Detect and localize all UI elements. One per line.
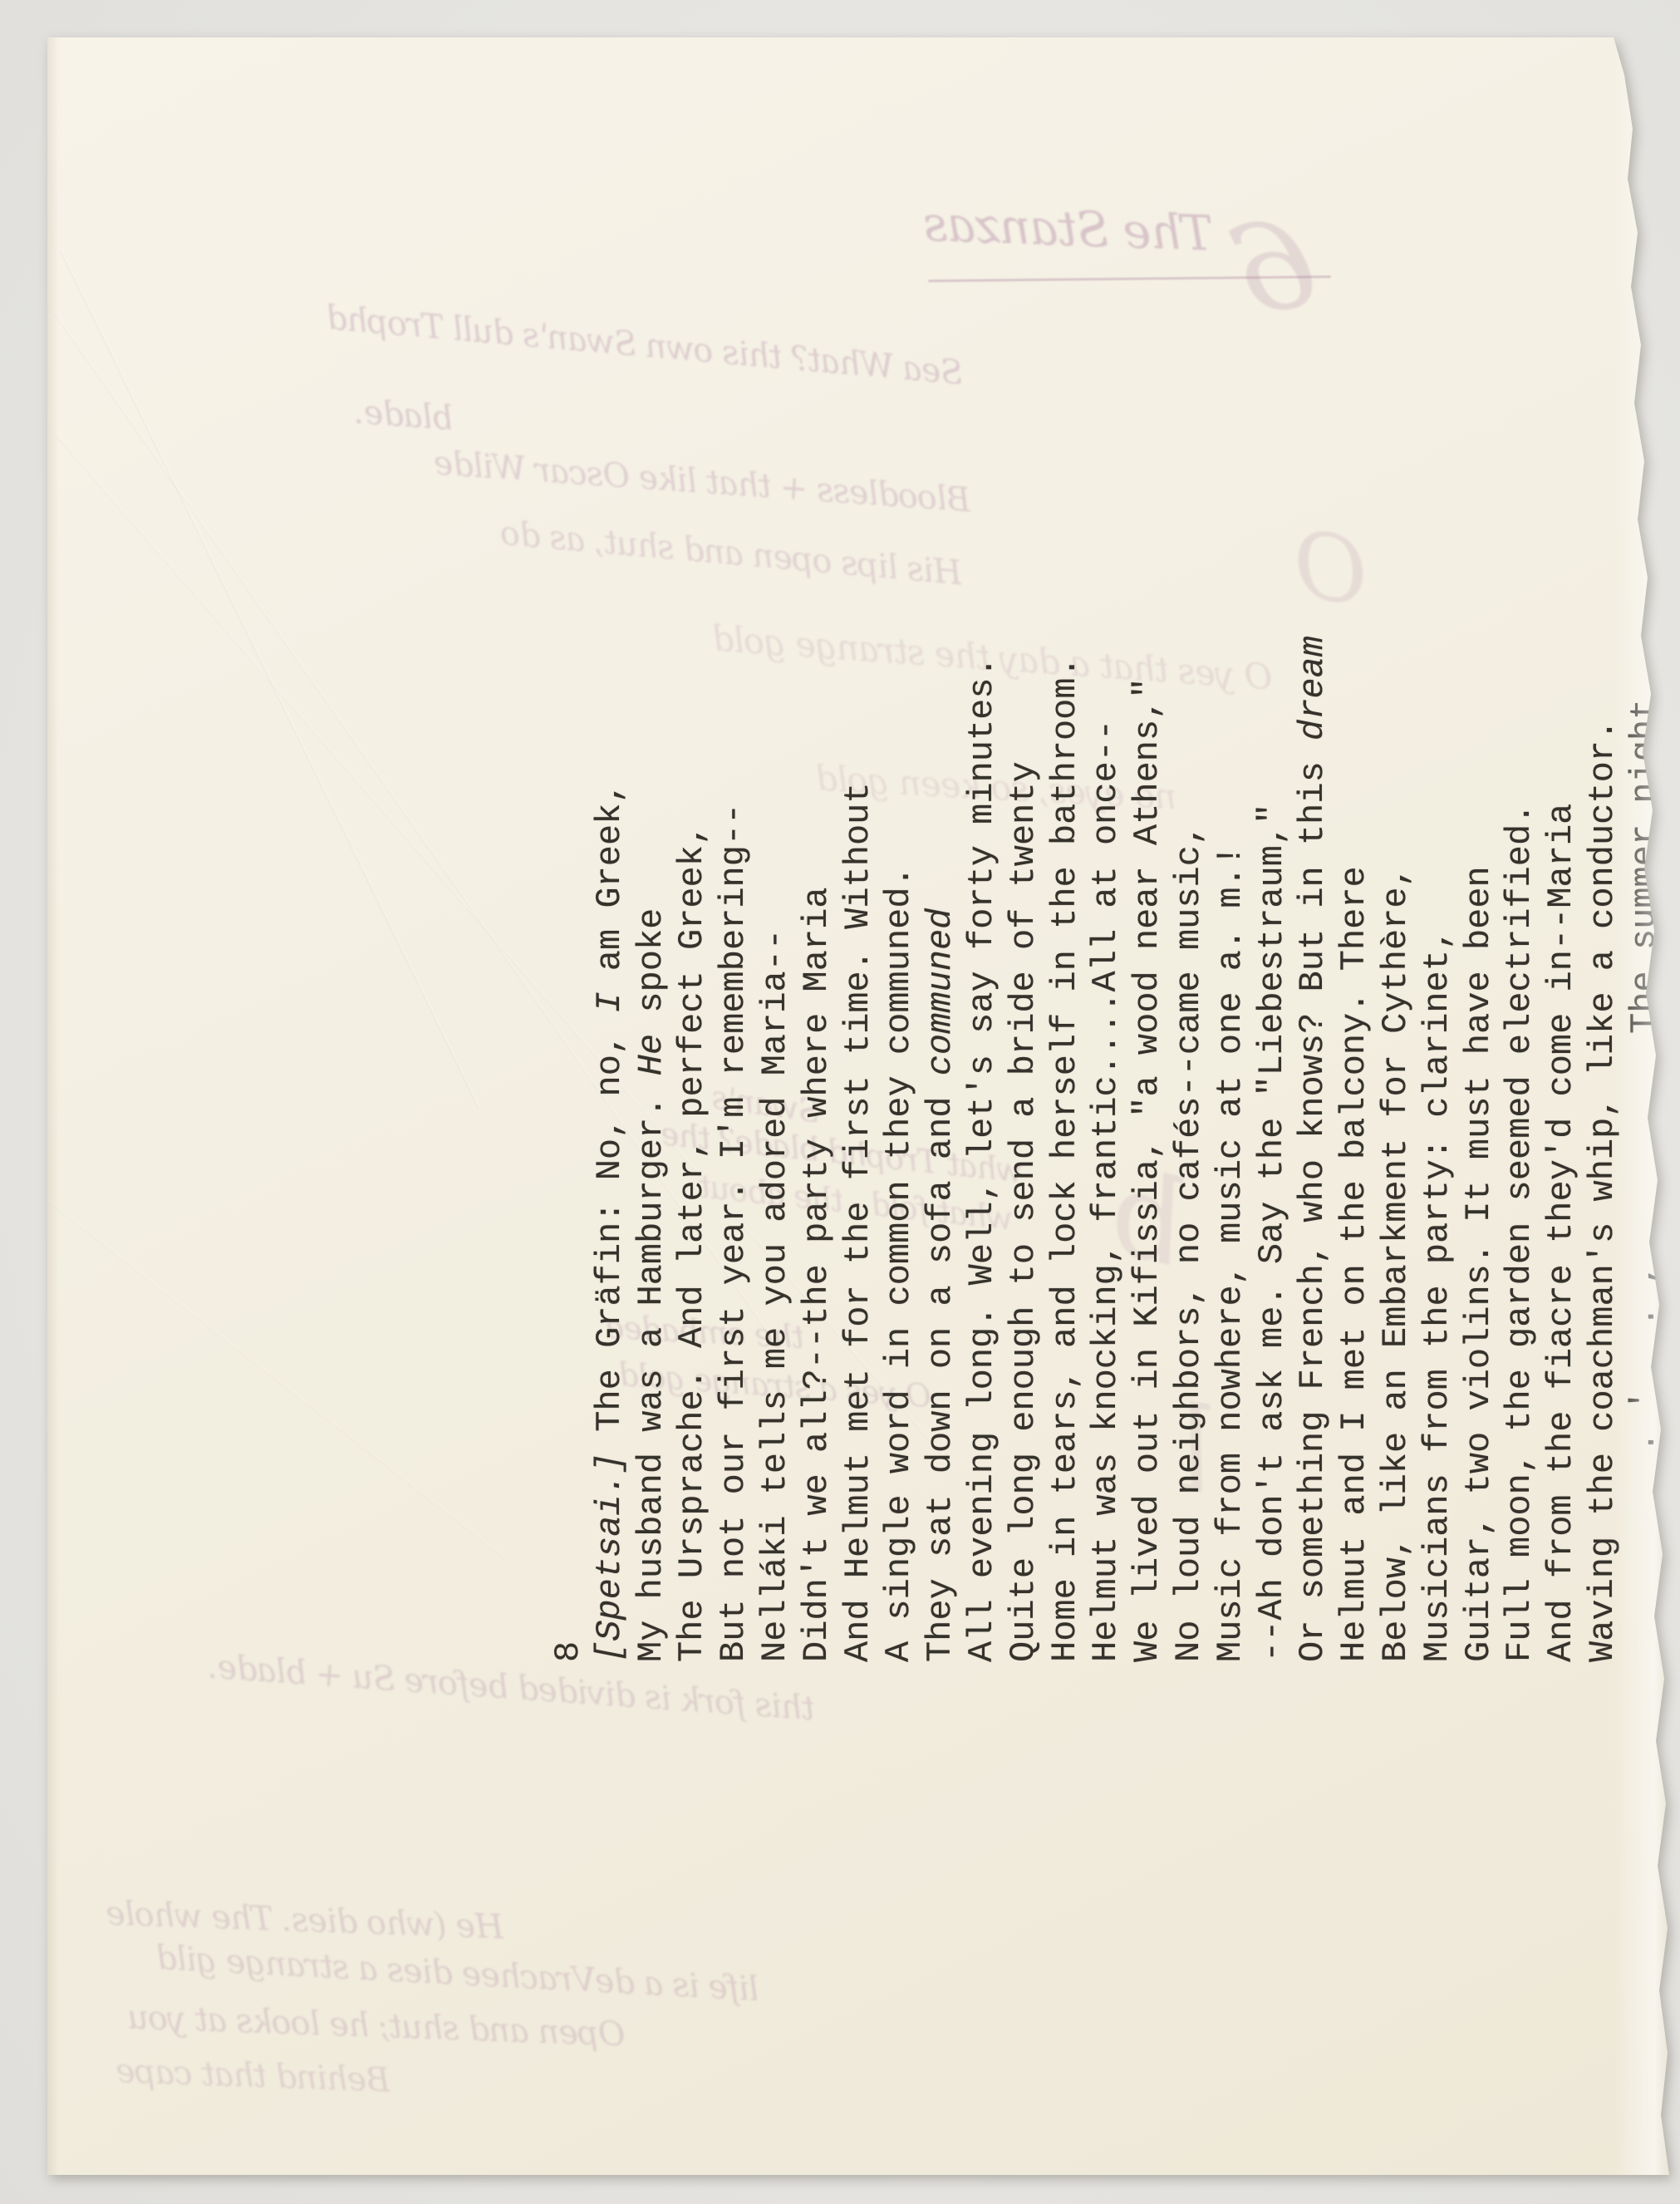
typed-segment: We lived out in Kifissia, "a wood near A… <box>1127 677 1167 1662</box>
typed-segment: Or something French, who knows? But in t… <box>1293 740 1333 1662</box>
typed-segment-italic: communed <box>921 908 960 1076</box>
typed-segment: The Ursprache. And later, perfect Greek, <box>672 824 712 1662</box>
typed-segment: They sat down on a sofa and <box>921 1075 960 1662</box>
bleedthrough-scribble: He (who dies. The whole <box>106 1895 504 1947</box>
scanned-page-stage: The Stanzas6Sea What? this own Swan's du… <box>0 0 1680 2204</box>
typed-line: Quite long enough to send a bride of twe… <box>1004 544 1045 1662</box>
typed-segment: Didn't we all?--the party where Maria <box>797 887 837 1662</box>
typed-segment-italic: [Spetsai.] <box>590 1453 630 1662</box>
typed-segment: Home in tears, and lock herself in the b… <box>1045 657 1085 1662</box>
typed-line: Helmut and I met on the balcony. There <box>1334 544 1376 1662</box>
typed-segment: spoke <box>631 908 671 1034</box>
bleedthrough-scribble: blade. <box>354 393 454 438</box>
typed-segment-italic: He <box>631 1034 671 1075</box>
typed-line: . ' . , The summer night <box>1624 544 1666 1662</box>
paper-sheet: The Stanzas6Sea What? this own Swan's du… <box>47 37 1672 2175</box>
typed-line: Didn't we all?--the party where Maria <box>797 544 838 1662</box>
bleedthrough-scribble: 6 <box>1219 188 1330 347</box>
typed-line: All evening long. Well, let's say forty … <box>962 544 1004 1662</box>
typed-segment: Helmut and I met on the balcony. There <box>1334 866 1374 1662</box>
left-edge-shading <box>47 37 59 2175</box>
typed-line: 8 <box>548 544 590 1662</box>
typed-line: And Helmut met for the first time. Witho… <box>838 544 880 1662</box>
typed-segment: A single word in common they communed. <box>879 866 919 1662</box>
typed-segment: Guitar, two violins. It must have been <box>1459 866 1499 1662</box>
typed-segment: No loud neighbors, no cafés--came music, <box>1169 824 1209 1662</box>
crease-mark <box>49 1201 509 1562</box>
typed-line: No loud neighbors, no cafés--came music, <box>1169 544 1211 1662</box>
typed-segment: Musicians from the party: clarinet, <box>1417 929 1457 1662</box>
typed-segment: All evening long. Well, let's say forty … <box>962 657 1002 1662</box>
typed-segment: Music from nowhere, music at one a. m.! <box>1211 845 1250 1662</box>
typed-segment: Nelláki tells me you adored Maria-- <box>755 929 795 1662</box>
typed-segment: . ' . , The summer night <box>1624 699 1664 1662</box>
typed-line: Waving the coachman's whip, like a condu… <box>1583 544 1624 1662</box>
typed-line: --Ah don't ask me. Say the "Liebestraum,… <box>1252 544 1294 1662</box>
bleedthrough-scribble: Behind that cape <box>115 2052 391 2099</box>
typed-line: Helmut was knocking, frantic....All at o… <box>1086 544 1127 1662</box>
typed-line: Full moon, the garden seemed electrified… <box>1500 544 1541 1662</box>
typed-line: Home in tears, and lock herself in the b… <box>1045 544 1087 1662</box>
bleedthrough-scribble: Bloodless + that like Oscar Wilde <box>433 444 971 519</box>
typed-line: Musicians from the party: clarinet, <box>1417 544 1459 1662</box>
typed-line: Nelláki tells me you adored Maria-- <box>755 544 797 1662</box>
typed-line: Below, like an Embarkment for Cythère, <box>1376 544 1417 1662</box>
typed-line: Music from nowhere, music at one a. m.! <box>1211 544 1252 1662</box>
typed-segment: --Ah don't ask me. Say the "Liebestraum,… <box>1252 804 1292 1662</box>
typed-segment: Full moon, the garden seemed electrified… <box>1500 804 1540 1662</box>
typed-segment: And from the fiacre they'd come in--Mari… <box>1541 804 1581 1662</box>
typed-segment: am Greek, <box>590 782 630 991</box>
typed-segment: Waving the coachman's whip, like a condu… <box>1583 720 1623 1662</box>
bleedthrough-scribble: life is a deVrachee dies a strange gild <box>155 1939 759 2009</box>
paper-wrap: The Stanzas6Sea What? this own Swan's du… <box>47 37 1672 2175</box>
typed-line: And from the fiacre they'd come in--Mari… <box>1541 544 1583 1662</box>
typed-line: Guitar, two violins. It must have been <box>1459 544 1501 1662</box>
typed-segment: The Gräfin: No, no, <box>590 1013 630 1453</box>
typed-line: They sat down on a sofa and communed <box>921 544 962 1662</box>
typed-text-block: 8[Spetsai.] The Gräfin: No, no, I am Gre… <box>548 544 1666 1662</box>
typed-segment: Below, like an Embarkment for Cythère, <box>1376 866 1416 1662</box>
typed-segment: 8 <box>548 1641 588 1662</box>
typed-line: The Ursprache. And later, perfect Greek, <box>672 544 714 1662</box>
typed-segment: My husband was a Hamburger. <box>631 1075 671 1662</box>
typed-line: A single word in common they communed. <box>879 544 921 1662</box>
typed-segment: But not our first year. I'm remembering-… <box>714 804 754 1662</box>
typed-line: But not our first year. I'm remembering-… <box>714 544 755 1662</box>
typed-segment-italic: dream <box>1293 636 1333 740</box>
bleedthrough-scribble: Open and shut; he looks at you <box>127 1999 626 2054</box>
typed-segment: And Helmut met for the first time. Witho… <box>838 782 878 1662</box>
typed-segment: Helmut was knocking, frantic....All at o… <box>1086 720 1126 1662</box>
crease-mark <box>59 249 481 1109</box>
typed-line: [Spetsai.] The Gräfin: No, no, I am Gree… <box>590 544 631 1662</box>
typed-segment: Quite long enough to send a bride of twe… <box>1004 761 1044 1662</box>
typed-line: My husband was a Hamburger. He spoke <box>631 544 673 1662</box>
typed-line: We lived out in Kifissia, "a wood near A… <box>1127 544 1169 1662</box>
bleedthrough-scribble: The Stanzas <box>923 195 1214 262</box>
typed-line: Or something French, who knows? But in t… <box>1293 544 1334 1662</box>
bleedthrough-title-underline <box>928 275 1331 282</box>
typed-segment-italic: I <box>590 991 630 1012</box>
bleedthrough-scribble: Sea What? this own Swan's dull Trophd <box>325 299 964 393</box>
